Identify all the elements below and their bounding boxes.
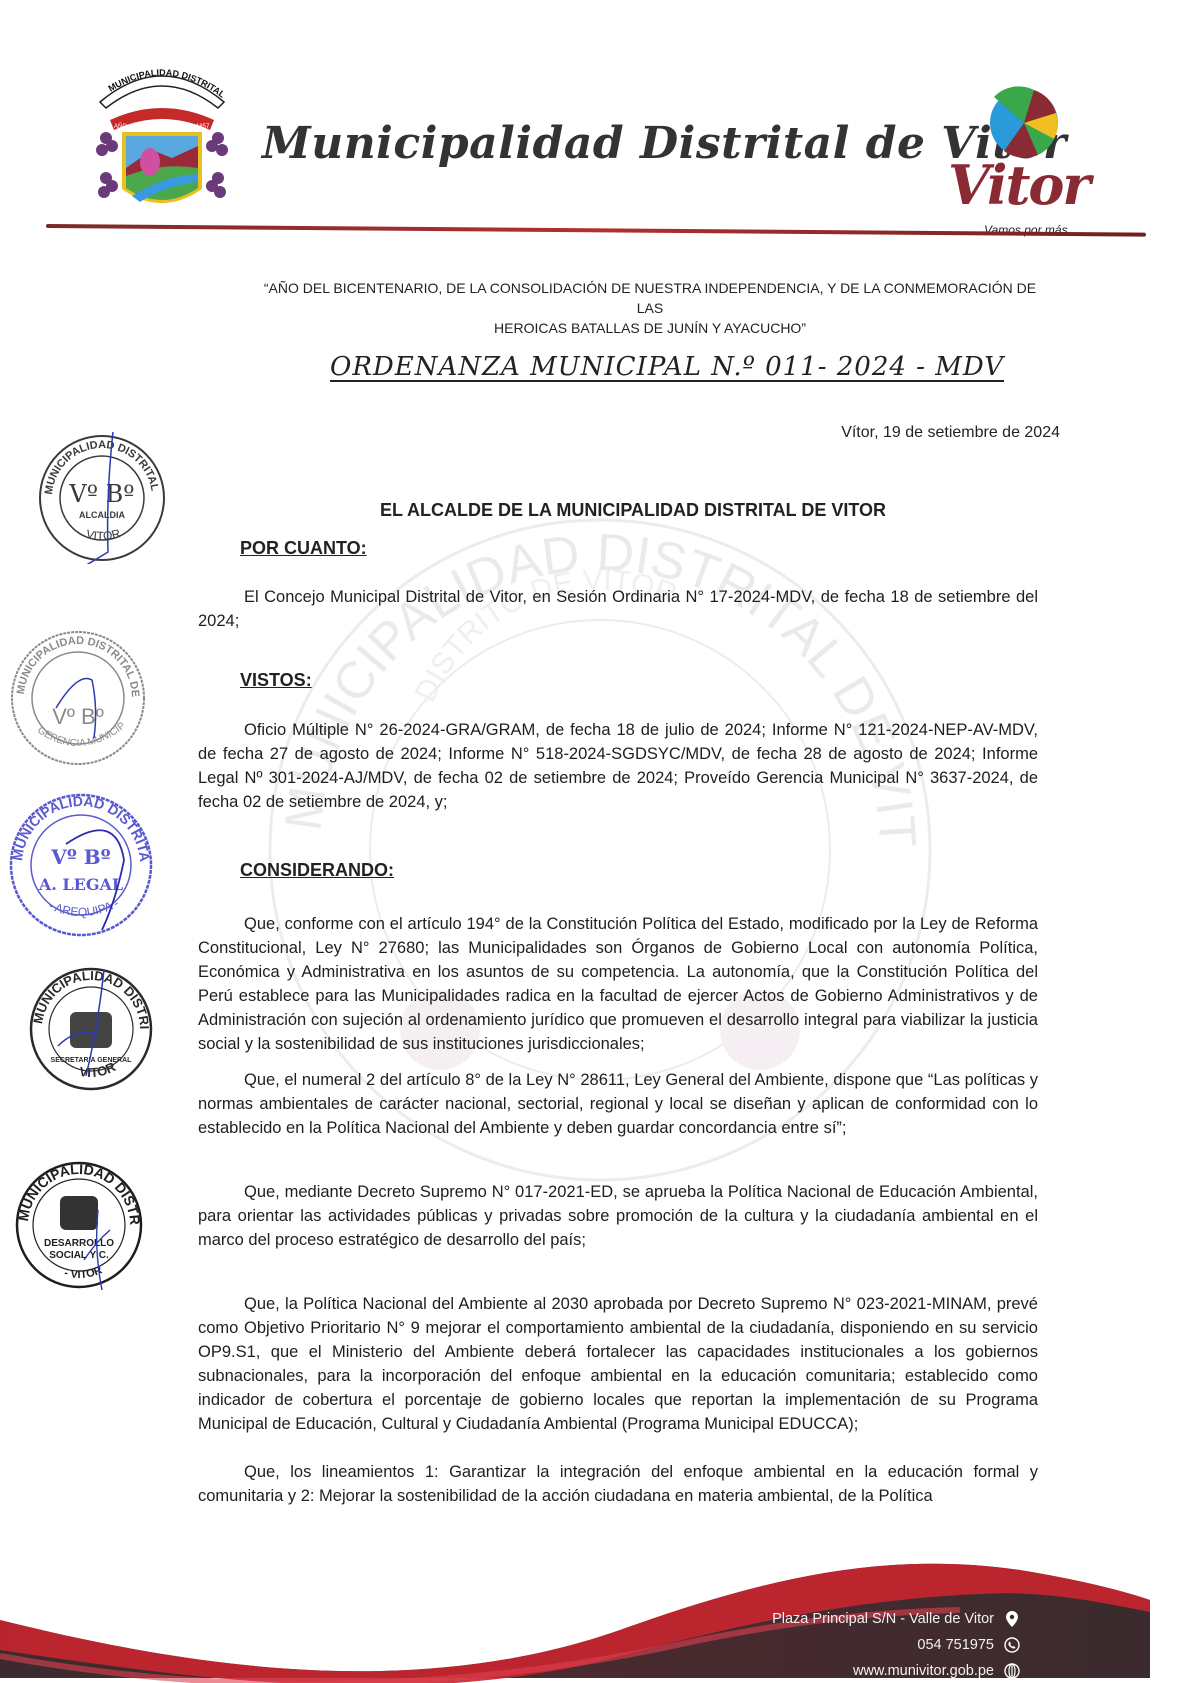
- svg-text:Vº Bº: Vº Bº: [50, 845, 110, 869]
- year-slogan: “AÑO DEL BICENTENARIO, DE LA CONSOLIDACI…: [250, 278, 1050, 338]
- footer-contact: Plaza Principal S/N - Valle de Vitor 054…: [772, 1606, 1020, 1683]
- svg-text:AÑO: AÑO: [114, 123, 127, 130]
- brand-wordmark: Vitor: [948, 153, 1089, 217]
- globe-icon: [1004, 1663, 1020, 1679]
- svg-text:Vº Bº: Vº Bº: [68, 480, 134, 508]
- paragraph-considerando-3: Que, mediante Decreto Supremo N° 017-202…: [198, 1180, 1038, 1252]
- footer-address-line: Plaza Principal S/N - Valle de Vitor: [772, 1606, 1020, 1632]
- vitor-brand-logo: Vitor Vamos por más: [944, 85, 1094, 245]
- stamp-alcaldia: MUNICIPALIDAD DISTRITAL DE VITOR Vº Bº A…: [36, 432, 168, 564]
- svg-text:MUNICIPALIDAD DISTRITAL DE VIT: MUNICIPALIDAD DISTRITAL DE VITOR: [8, 628, 141, 698]
- svg-text:ALCALDIA: ALCALDIA: [79, 510, 125, 520]
- svg-text:VITOR: VITOR: [85, 526, 123, 543]
- stamp-secretaria-general: MUNICIPALIDAD DISTRITAL VITOR SECRETARIA…: [28, 966, 154, 1092]
- phone-icon: [1004, 1637, 1020, 1653]
- svg-text:DESARROLLO: DESARROLLO: [44, 1238, 114, 1249]
- municipal-crest-logo: MUNICIPALIDAD DISTRITAL DE VITOR AÑO 185…: [92, 58, 232, 208]
- paragraph-considerando-1: Que, conforme con el artículo 194° de la…: [198, 912, 1038, 1056]
- svg-text:SOCIAL Y C.: SOCIAL Y C.: [49, 1250, 109, 1261]
- paragraph-vistos: Oficio Múltiple N° 26-2024-GRA/GRAM, de …: [198, 718, 1038, 814]
- section-heading-vistos: VISTOS:: [240, 670, 312, 691]
- section-heading-considerando: CONSIDERANDO:: [240, 860, 394, 881]
- ordinance-title: ORDENANZA MUNICIPAL N.º 011- 2024 - MDV: [330, 352, 1004, 382]
- paragraph-considerando-5: Que, los lineamientos 1: Garantizar la i…: [198, 1460, 1038, 1508]
- stamp-desarrollo-social: MUNICIPALIDAD DISTRITAL - VITOR - DESARR…: [14, 1160, 144, 1290]
- footer-website-line: www.munivitor.gob.pe: [772, 1658, 1020, 1683]
- footer-address: Plaza Principal S/N - Valle de Vitor: [772, 1606, 994, 1632]
- footer-phone: 054 751975: [917, 1632, 994, 1658]
- paragraph-considerando-2: Que, el numeral 2 del artículo 8° de la …: [198, 1068, 1038, 1140]
- paragraph-considerando-4: Que, la Política Nacional del Ambiente a…: [198, 1292, 1038, 1436]
- svg-text:- AREQUIPA -: - AREQUIPA -: [47, 896, 121, 919]
- footer-phone-line: 054 751975: [772, 1632, 1020, 1658]
- svg-text:SECRETARIA GENERAL: SECRETARIA GENERAL: [51, 1057, 133, 1064]
- paragraph-por-cuanto: El Concejo Municipal Distrital de Vitor,…: [198, 585, 1038, 633]
- issuer-heading: EL ALCALDE DE LA MUNICIPALIDAD DISTRITAL…: [380, 500, 886, 521]
- document-date: Vítor, 19 de setiembre de 2024: [841, 424, 1060, 442]
- section-heading-por-cuanto: POR CUANTO:: [240, 538, 367, 559]
- stamp-gerencia-municipal: MUNICIPALIDAD DISTRITAL DE VITOR GERENCI…: [8, 628, 148, 768]
- stamp-asesoria-legal: MUNICIPALIDAD DISTRITAL DE VITOR - AREQU…: [6, 790, 156, 940]
- svg-text:A. LEGAL: A. LEGAL: [38, 875, 123, 894]
- location-pin-icon: [1004, 1611, 1020, 1627]
- svg-text:1857: 1857: [196, 124, 210, 130]
- footer-website[interactable]: www.munivitor.gob.pe: [853, 1658, 994, 1683]
